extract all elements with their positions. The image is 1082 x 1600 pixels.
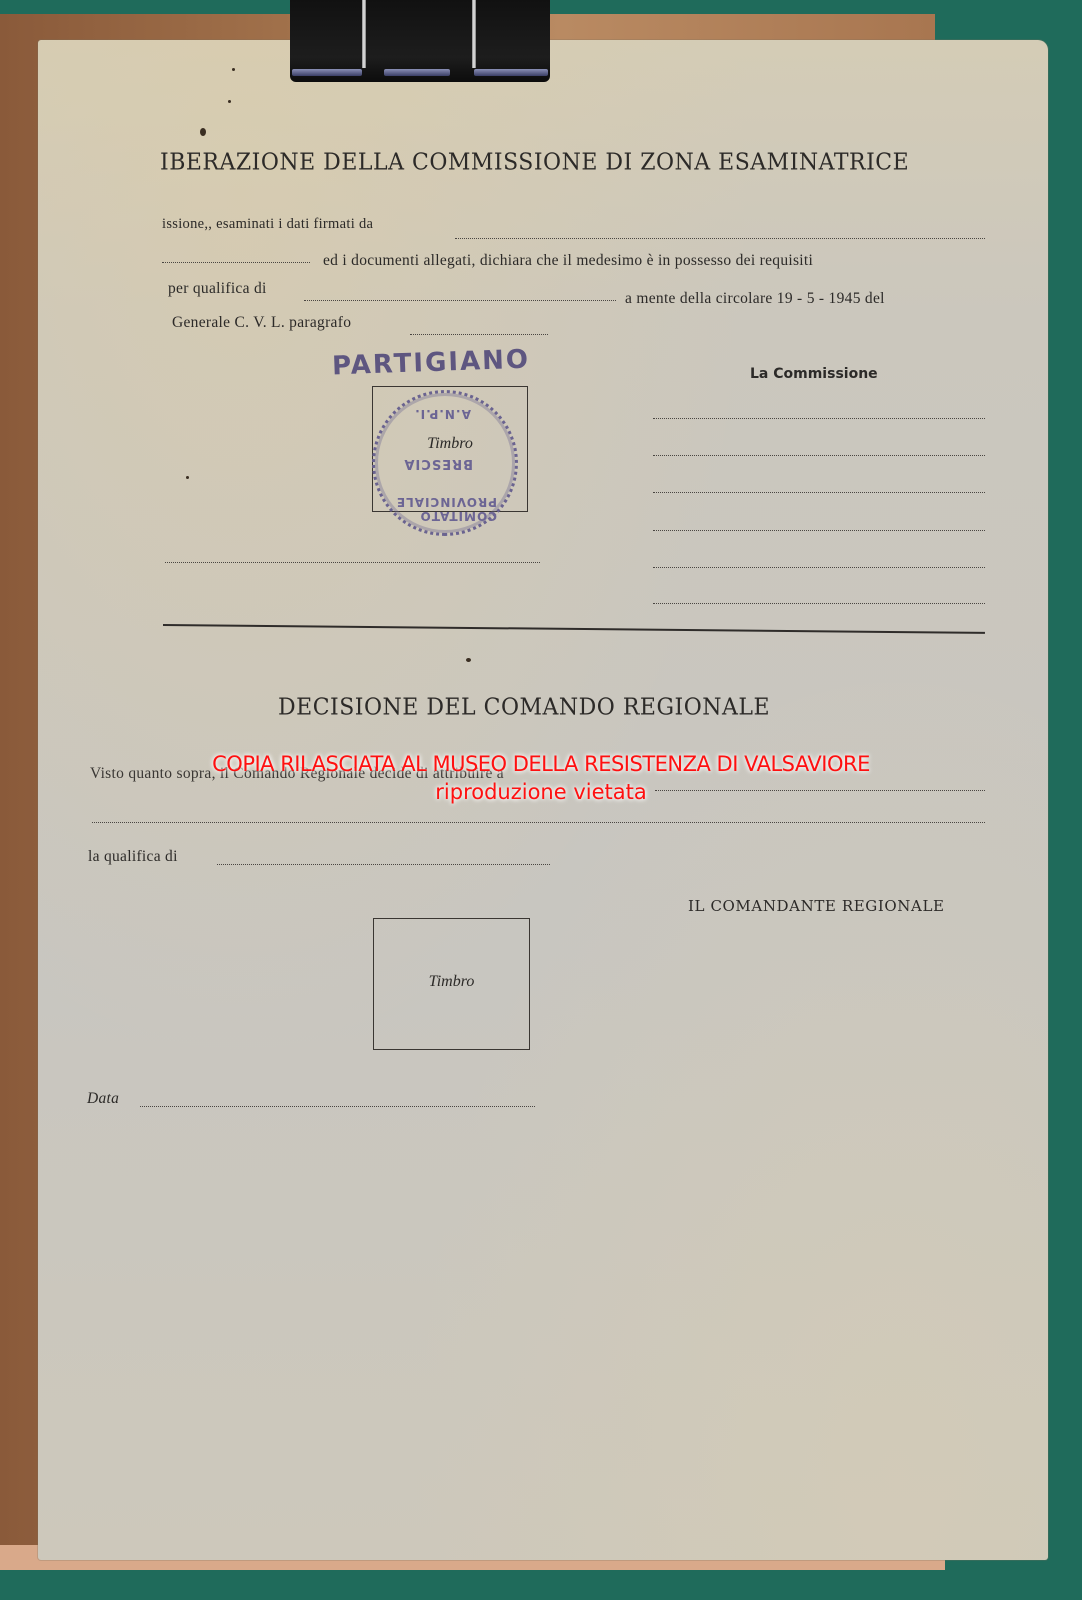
stamp-box-comando: Timbro (373, 918, 530, 1050)
watermark-copy-notice: COPIA RILASCIATA AL MUSEO DELLA RESISTEN… (0, 752, 1082, 776)
field-label-paragrafo: Generale C. V. L. paragrafo (172, 314, 351, 332)
stain (232, 68, 235, 71)
stain (228, 100, 231, 103)
commander-label: IL COMANDANTE REGIONALE (688, 897, 945, 915)
stain (466, 658, 471, 662)
field-qualifica[interactable] (304, 300, 616, 301)
clip-edge (474, 69, 548, 76)
stain (200, 128, 206, 136)
field-label-signed-by: issione,, esaminati i dati firmati da (162, 216, 373, 233)
binder-clip (290, 0, 550, 82)
round-stamp-anpi: COMITATO PROVINCIALE BRESCIA A.N.P.I. (372, 390, 518, 536)
watermark-reproduction-prohibited: riproduzione vietata (0, 780, 1082, 804)
commission-signature-line-2[interactable] (653, 455, 985, 456)
section-heading-comando: DECISIONE DEL COMANDO REGIONALE (278, 694, 770, 720)
field-label-circolare: a mente della circolare 19 - 5 - 1945 de… (625, 290, 885, 308)
section-heading-commission: IBERAZIONE DELLA COMMISSIONE DI ZONA ESA… (160, 149, 909, 175)
clip-wire-right (472, 0, 476, 68)
stamp-box-label: Timbro (374, 973, 529, 991)
clip-edge (292, 69, 362, 76)
round-stamp-center: BRESCIA (403, 456, 473, 471)
commission-signature-line-3[interactable] (653, 492, 985, 493)
field-signed-by[interactable] (455, 238, 985, 239)
field-label-documents: ed i documenti allegati, dichiara che il… (323, 252, 813, 270)
field-label-qualifica: per qualifica di (168, 280, 267, 298)
round-stamp-top: COMITATO PROVINCIALE (375, 495, 497, 523)
field-label-qualifica-regionale: la qualifica di (88, 848, 178, 866)
field-qualifica-regionale[interactable] (217, 864, 550, 865)
commission-signature-line-4[interactable] (653, 530, 985, 531)
clip-wire-left (362, 0, 366, 68)
field-paragrafo[interactable] (410, 334, 548, 335)
commission-signature-line-6[interactable] (653, 603, 985, 604)
round-stamp-bottom: A.N.P.I. (414, 407, 471, 421)
commission-signature-line-5[interactable] (653, 567, 985, 568)
clip-edge (384, 69, 450, 76)
field-attribuire-cont[interactable] (92, 822, 985, 823)
stain (186, 476, 189, 479)
commission-date-line[interactable] (165, 562, 540, 563)
date-field[interactable] (140, 1106, 535, 1107)
commission-label: La Commissione (750, 366, 878, 382)
date-label: Data (87, 1090, 119, 1108)
commission-signature-line-1[interactable] (653, 418, 985, 419)
field-signed-by-cont[interactable] (162, 262, 310, 263)
